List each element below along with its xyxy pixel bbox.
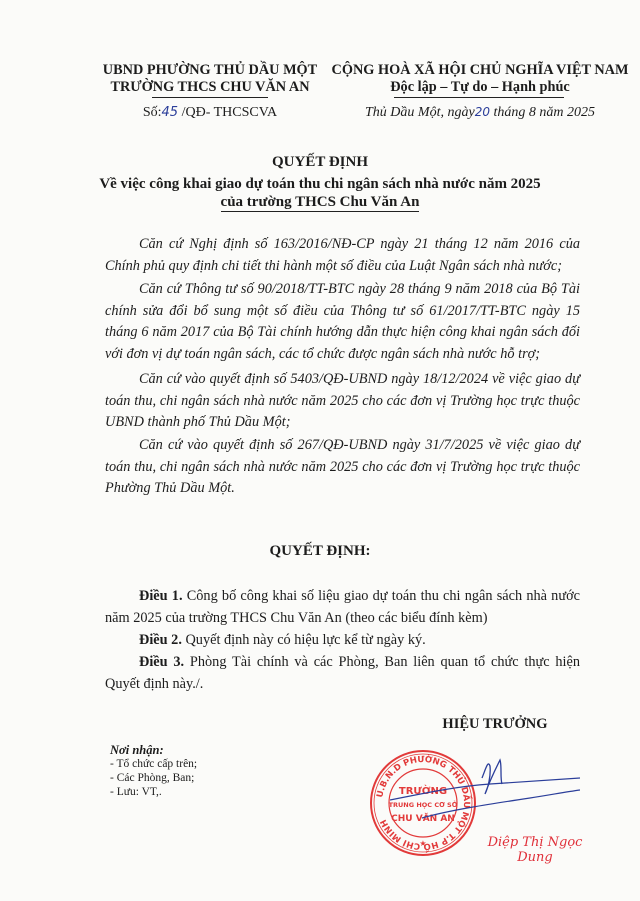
preamble-paragraph-1: Căn cứ Nghị định số 163/2016/NĐ-CP ngày … (105, 234, 580, 277)
recipient-item: - Tổ chức cấp trên; (110, 757, 197, 771)
document-subject-line2: của trường THCS Chu Văn An (0, 194, 640, 211)
authority-name: UBND PHƯỜNG THỦ DẦU MỘT (95, 62, 325, 79)
article-2-text: Quyết định này có hiệu lực kể từ ngày ký… (182, 632, 426, 648)
motto: Độc lập – Tự do – Hạnh phúc (330, 79, 630, 96)
recipients-block: Nơi nhận: - Tổ chức cấp trên; - Các Phòn… (110, 743, 197, 799)
issuing-authority-block: UBND PHƯỜNG THỦ DẦU MỘT TRƯỜNG THCS CHU … (95, 62, 325, 96)
article-2-label: Điều 2. (139, 632, 182, 648)
organization-name: TRƯỜNG THCS CHU VĂN AN (95, 79, 325, 96)
issue-date: Thủ Dầu Một, ngày20 tháng 8 năm 2025 (330, 105, 630, 121)
date-prefix: Thủ Dầu Một, ngày (365, 105, 475, 120)
handwritten-signature-icon (390, 758, 580, 838)
document-number: Số:45 /QĐ- THCSCVA (95, 105, 325, 121)
preamble-paragraph-4: Căn cứ vào quyết định số 267/QĐ-UBND ngà… (105, 435, 580, 500)
document-type-title: QUYẾT ĐỊNH (0, 154, 640, 171)
article-1: Điều 1. Công bố công khai số liệu giao d… (105, 586, 580, 629)
preamble-paragraph-3: Căn cứ vào quyết định số 5403/QĐ-UBND ng… (105, 369, 580, 434)
number-suffix: /QĐ- THCSCVA (178, 105, 277, 120)
recipients-heading: Nơi nhận: (110, 743, 197, 757)
header-left-underline (152, 97, 268, 98)
article-1-label: Điều 1. (139, 588, 183, 604)
article-3-label: Điều 3. (139, 654, 184, 670)
number-prefix: Số: (143, 105, 162, 120)
subject-line2-text: của trường THCS Chu Văn An (221, 194, 420, 212)
signature-title: HIỆU TRƯỞNG (420, 716, 570, 733)
date-suffix: tháng 8 năm 2025 (490, 105, 595, 120)
svg-text:★: ★ (419, 839, 426, 848)
article-2: Điều 2. Quyết định này có hiệu lực kể từ… (105, 630, 580, 652)
motto-underline (394, 97, 564, 98)
handwritten-day: 20 (475, 105, 490, 119)
country-name: CỘNG HOÀ XÃ HỘI CHỦ NGHĨA VIỆT NAM (330, 62, 630, 79)
article-3: Điều 3. Phòng Tài chính và các Phòng, Ba… (105, 652, 580, 695)
decision-heading: QUYẾT ĐỊNH: (0, 543, 640, 560)
signer-name: Diệp Thị Ngọc Dung (470, 835, 600, 865)
recipient-item: - Các Phòng, Ban; (110, 771, 197, 785)
document-subject-line1: Về việc công khai giao dự toán thu chi n… (0, 174, 640, 194)
handwritten-number: 45 (162, 105, 179, 120)
national-header-block: CỘNG HOÀ XÃ HỘI CHỦ NGHĨA VIỆT NAM Độc l… (330, 62, 630, 96)
preamble-paragraph-2: Căn cứ Thông tư số 90/2018/TT-BTC ngày 2… (105, 279, 580, 365)
recipient-item: - Lưu: VT,. (110, 785, 197, 799)
